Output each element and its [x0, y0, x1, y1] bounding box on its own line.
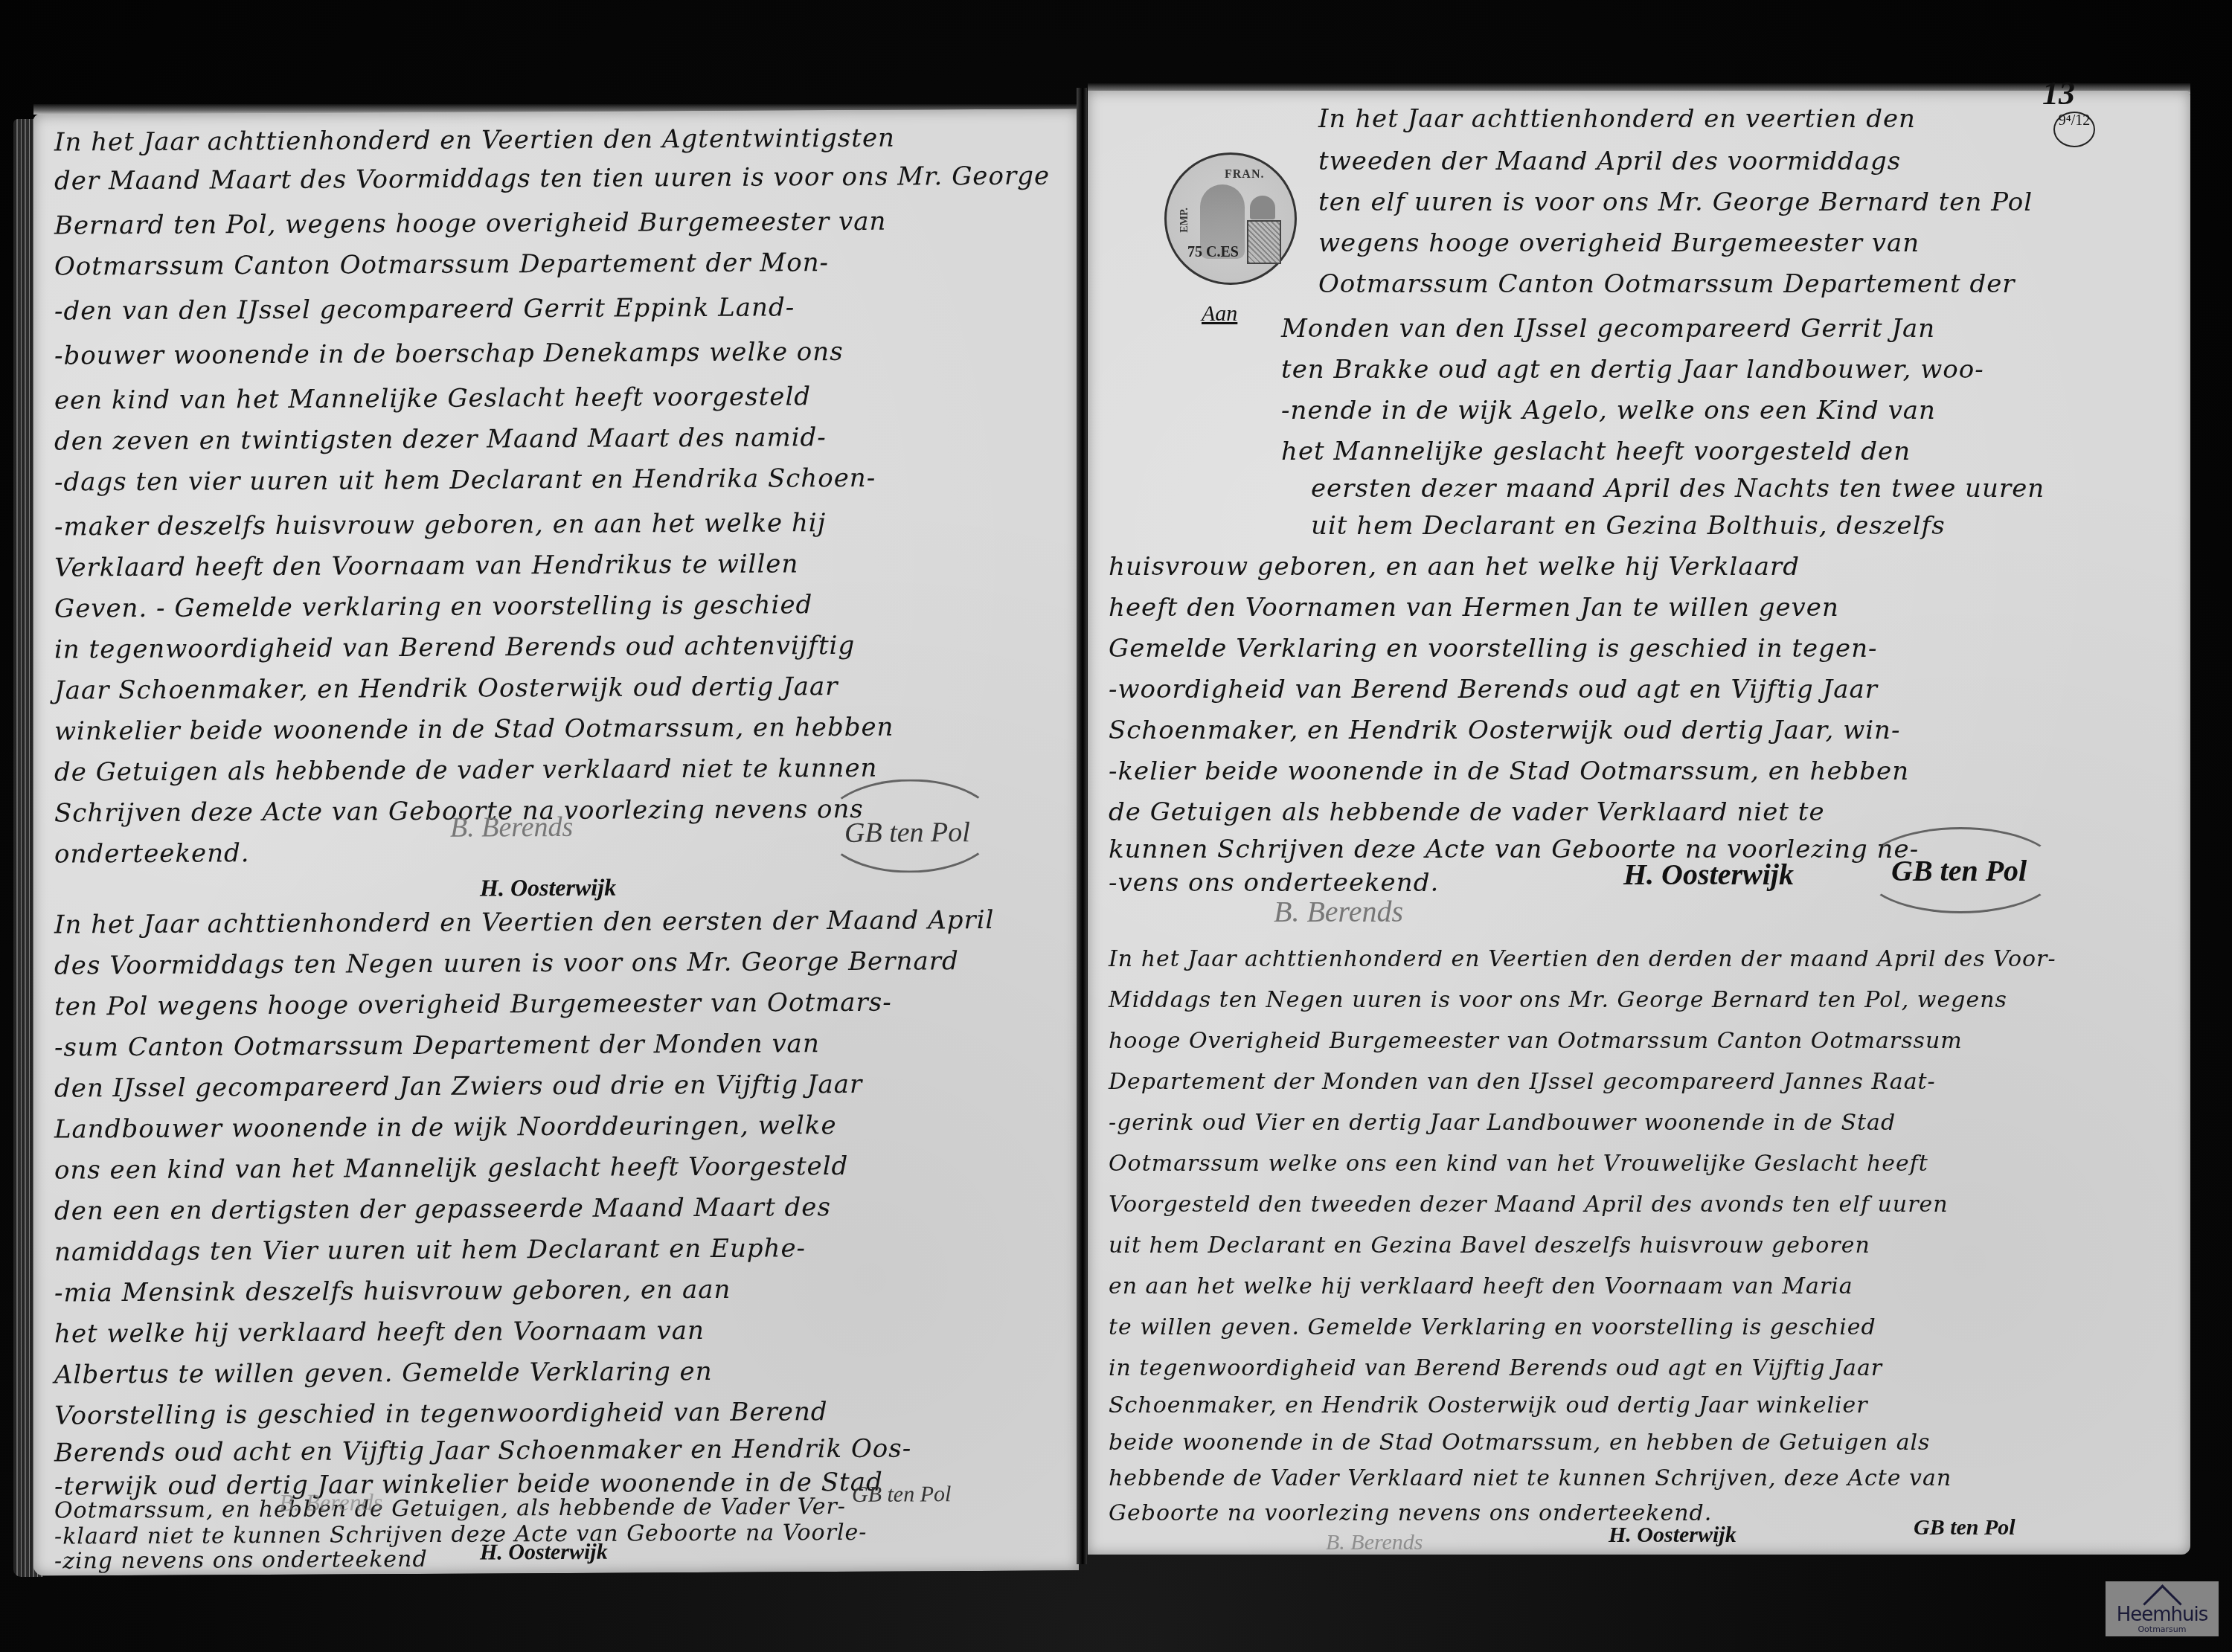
logo-brand: Heemhuis: [2106, 1604, 2219, 1626]
text-line: Landbouwer woonende in de wijk Noorddeur…: [54, 1111, 837, 1145]
text-line: -zing nevens ons onderteekend: [54, 1546, 428, 1575]
page-number: 13: [2042, 74, 2075, 112]
text-line: ons een kind van het Mannelijk geslacht …: [54, 1151, 848, 1186]
stamp-value: 75 C.ES: [1187, 244, 1239, 261]
text-line: Departement der Monden van den IJssel ge…: [1109, 1069, 1936, 1095]
right-page: In het Jaar achttienhonderd en veertien …: [1088, 91, 2190, 1555]
tax-stamp: FRAN. EMP. 75 C.ES: [1164, 152, 1297, 285]
heemhuis-logo: Heemhuis Ootmarsum: [2106, 1581, 2219, 1636]
right-page-entry-2: In het Jaar achttienhonderd en Veertien …: [1088, 91, 2190, 1555]
text-line: hooge Overigheid Burgemeester van Ootmar…: [1109, 1028, 1963, 1054]
text-line: het welke hij verklaard heeft den Voorna…: [54, 1316, 705, 1349]
signature-berends-2: B. Berends: [1326, 1530, 1423, 1555]
signature-oosterwijk-2: H. Oosterwijk: [1609, 1523, 1736, 1548]
text-line: hebbende de Vader Verklaard niet te kunn…: [1109, 1465, 1952, 1491]
text-line: Ootmarssum, en hebben de Getuigen, als h…: [54, 1494, 846, 1524]
text-line: Voorstelling is geschied in tegenwoordig…: [54, 1397, 828, 1430]
text-line: In het Jaar achttienhonderd en Veertien …: [54, 905, 995, 940]
text-line: des Voormiddags ten Negen uuren is voor …: [54, 946, 959, 980]
text-line: den IJssel gecompareerd Jan Zwiers oud d…: [54, 1070, 862, 1104]
text-line: beide woonende in de Stad Ootmarssum, en…: [1109, 1430, 1931, 1456]
text-line: Berends oud acht en Vijftig Jaar Schoenm…: [54, 1433, 911, 1468]
signature-ten-pol-2: GB ten Pol: [1914, 1515, 2015, 1540]
margin-note: Aan: [1202, 301, 1237, 327]
stamp-left-text: EMP.: [1179, 208, 1191, 232]
signature-berends-2: B. Berends: [279, 1488, 382, 1517]
text-line: Albertus te willen geven. Gemelde Verkla…: [54, 1357, 713, 1390]
text-line: In het Jaar achttienhonderd en Veertien …: [1109, 946, 2056, 972]
text-line: in tegenwoordigheid van Berend Berends o…: [1109, 1355, 1882, 1381]
book-gutter: [1077, 88, 1087, 1564]
text-line: -sum Canton Ootmarssum Departement der M…: [54, 1029, 820, 1062]
left-page: In het Jaar achttienhonderd en Veertien …: [33, 109, 1079, 1575]
text-line: namiddags ten Vier uuren uit hem Declara…: [54, 1233, 806, 1267]
text-line: Voorgesteld den tweeden dezer Maand Apri…: [1109, 1192, 1949, 1218]
text-line: en aan het welke hij verklaard heeft den…: [1109, 1273, 1853, 1299]
folio-note: 9⁴/12: [2053, 112, 2095, 147]
text-line: Middags ten Negen uuren is voor ons Mr. …: [1109, 987, 2007, 1013]
text-line: -klaard niet te kunnen Schrijven deze Ac…: [54, 1520, 868, 1550]
busts-icon: [1250, 196, 1275, 219]
eagle-shield-icon: [1247, 220, 1281, 264]
text-line: -gerink oud Vier en dertig Jaar Landbouw…: [1109, 1110, 1896, 1136]
text-line: uit hem Declarant en Gezina Bavel deszel…: [1109, 1232, 1870, 1259]
left-page-entry-2: In het Jaar achttienhonderd en Veertien …: [33, 109, 1079, 1575]
text-line: te willen geven. Gemelde Verklaring en v…: [1109, 1314, 1876, 1340]
text-line: Ootmarssum welke ons een kind van het Vr…: [1109, 1151, 1928, 1177]
stamp-top-text: FRAN.: [1225, 168, 1264, 181]
text-line: -mia Mensink deszelfs huisvrouw geboren,…: [54, 1275, 731, 1308]
text-line: den een en dertigsten der gepasseerde Ma…: [54, 1192, 831, 1226]
logo-subtitle: Ootmarsum: [2106, 1624, 2219, 1634]
signature-ten-pol-2: GB ten Pol: [852, 1482, 951, 1508]
signature-oosterwijk-2: H. Oosterwijk: [480, 1540, 608, 1566]
text-line: Schoenmaker, en Hendrik Oosterwijk oud d…: [1109, 1392, 1868, 1418]
text-line: ten Pol wegens hooge overigheid Burgemee…: [54, 988, 892, 1022]
